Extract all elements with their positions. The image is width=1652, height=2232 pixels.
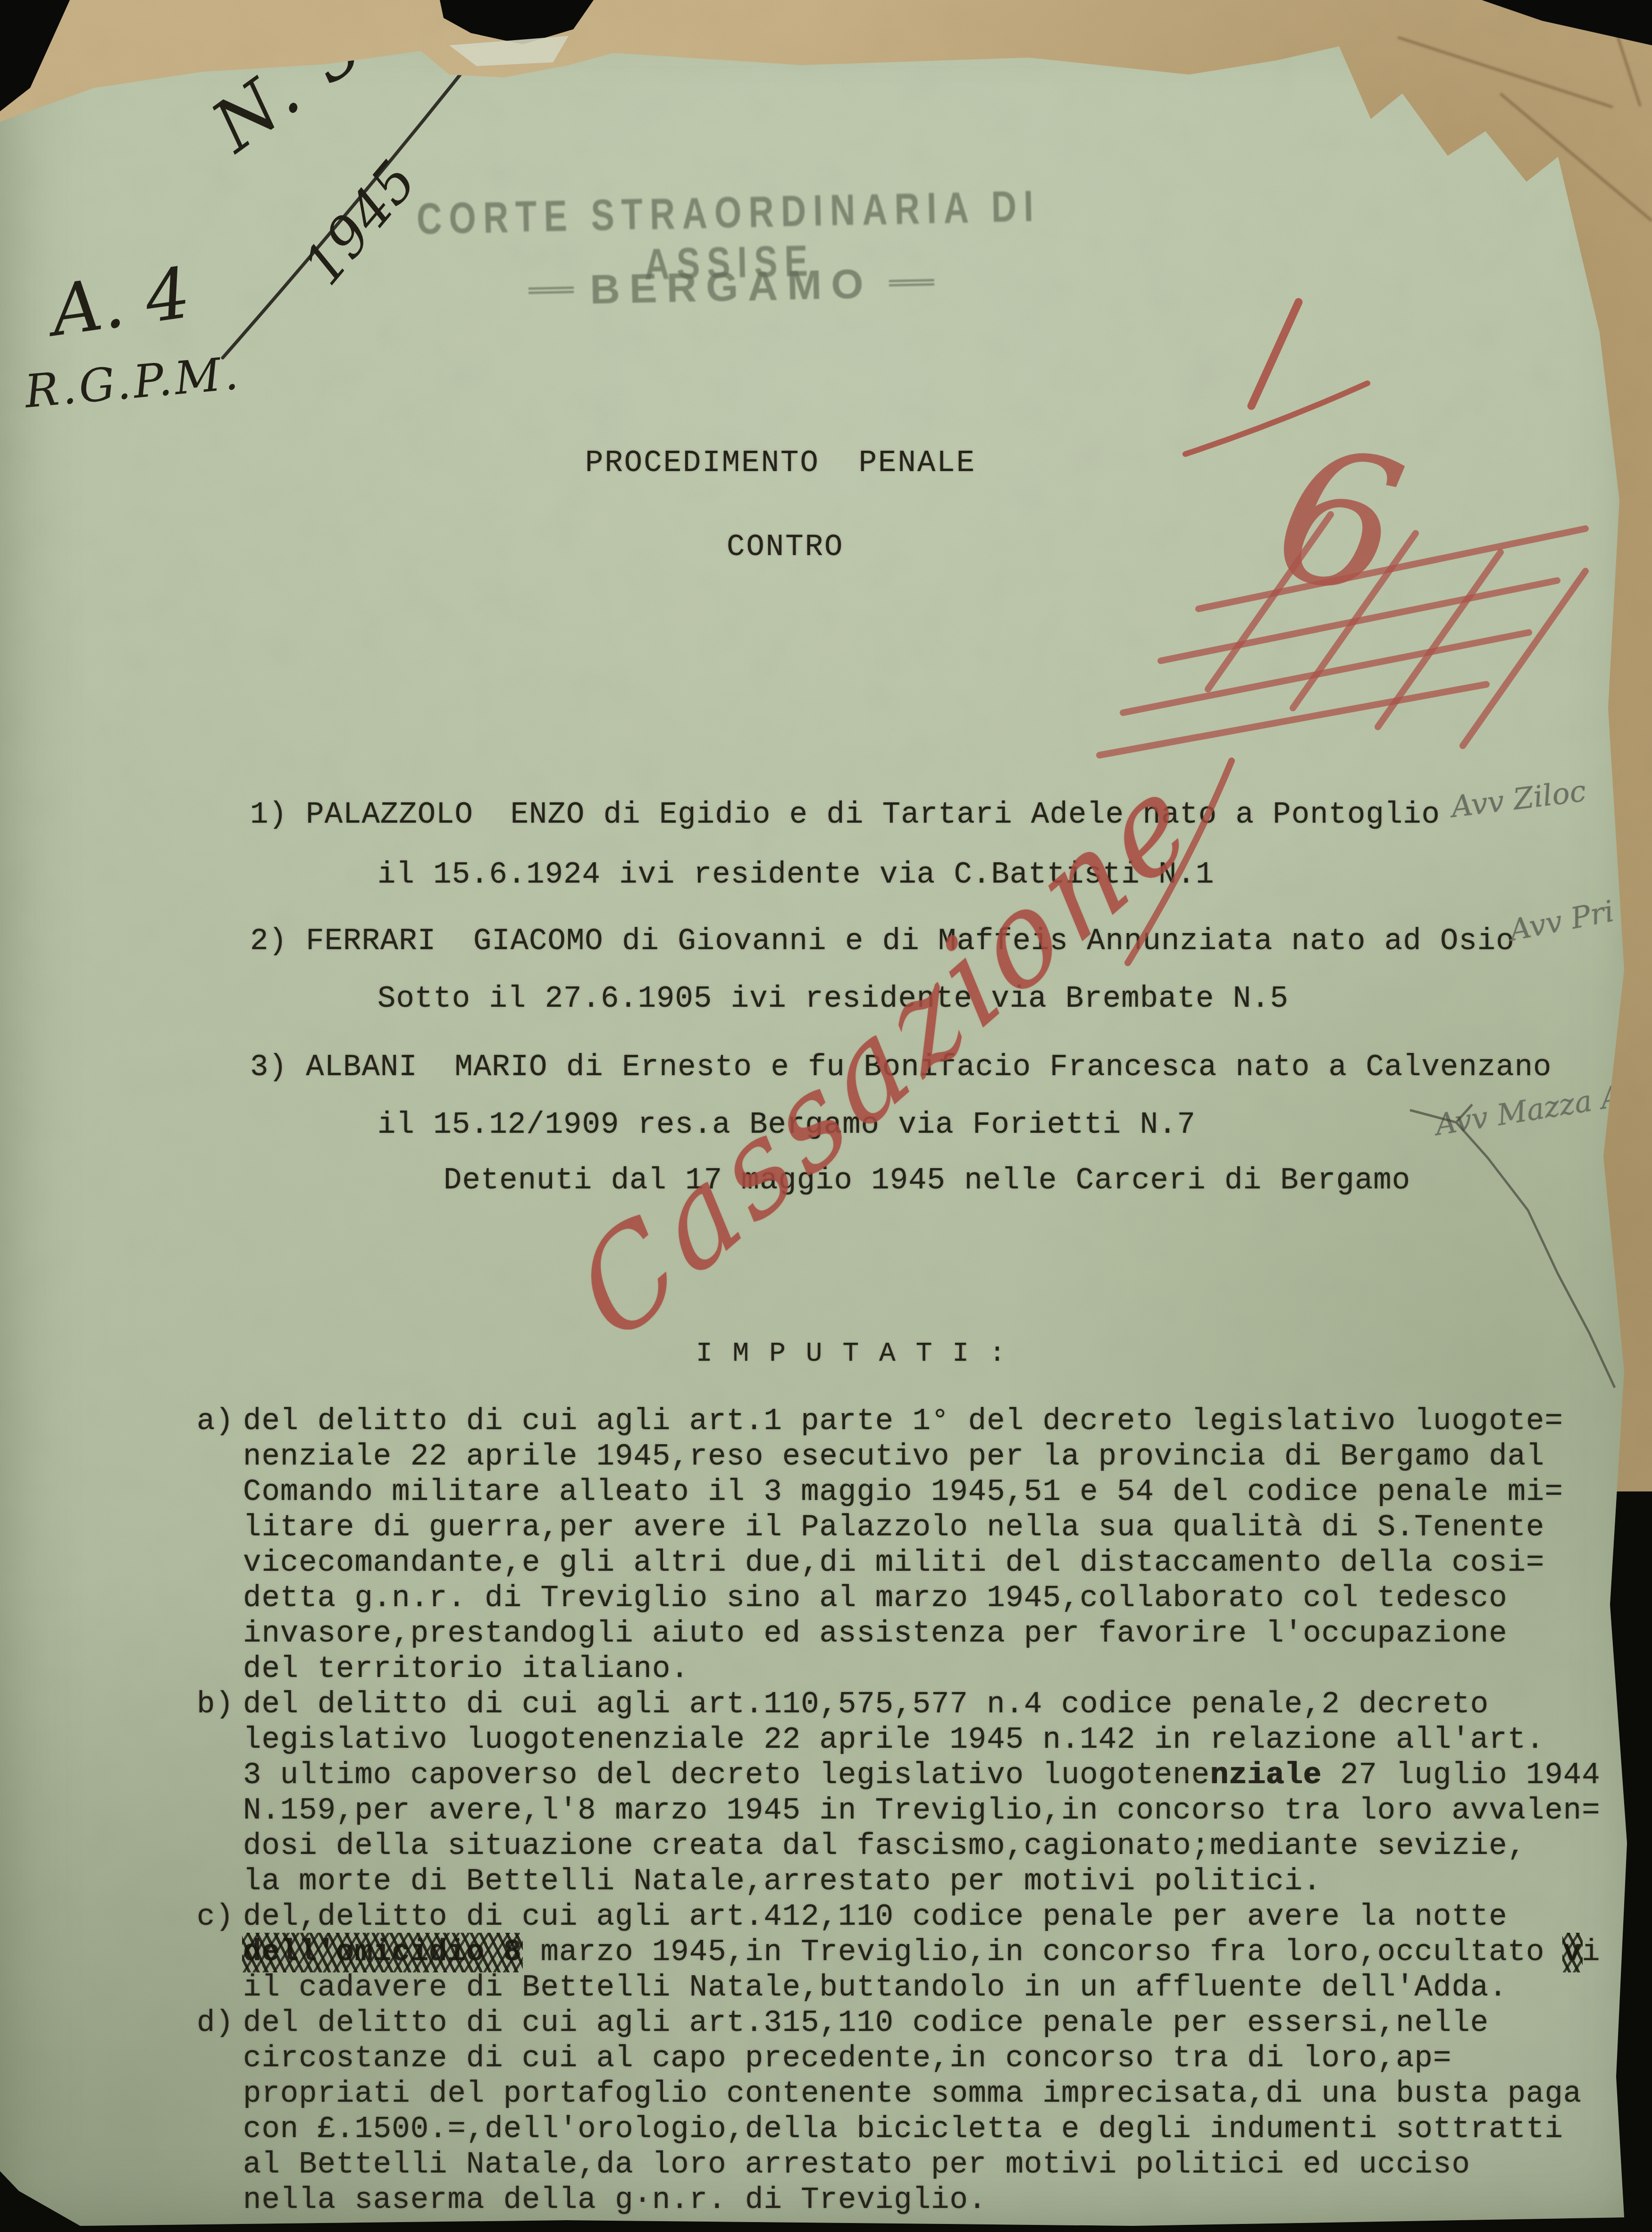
charge-line: d)del delitto di cui agli art.315,110 co… xyxy=(243,2008,1489,2038)
defendant-line: 2) FERRARI GIACOMO di Giovanni e di Maff… xyxy=(250,926,1515,957)
court-stamp-city: BERGAMO xyxy=(589,260,873,314)
charge-line: b)del delitto di cui agli art.110,575,57… xyxy=(243,1690,1489,1720)
charge-line: 3 ultimo capoverso del decreto legislati… xyxy=(243,1760,1601,1791)
charge-text: i xyxy=(1582,1936,1600,1970)
charge-line: la morte di Bettelli Natale,arrestato pe… xyxy=(243,1867,1322,1897)
document-title: PROCEDIMENTO PENALE xyxy=(585,448,976,479)
charge-text: del territorio italiano. xyxy=(243,1652,689,1686)
overtyped-text: nziale xyxy=(1210,1759,1321,1793)
charge-text: propriati del portafoglio contenente som… xyxy=(243,2077,1582,2111)
charge-text: litare di guerra,per avere il Palazzolo … xyxy=(243,1511,1544,1545)
charge-text: al Bettelli Natale,da loro arrestato per… xyxy=(243,2148,1470,2182)
charge-text: la morte di Bettelli Natale,arrestato pe… xyxy=(243,1865,1322,1899)
charge-text: marzo 1945,in Treviglio,in concorso fra … xyxy=(522,1936,1563,1970)
charge-text: 3 ultimo capoverso del decreto legislati… xyxy=(243,1759,1210,1793)
charge-line: litare di guerra,per avere il Palazzolo … xyxy=(243,1513,1544,1543)
charge-text: il cadavere di Bettelli Natale,buttandol… xyxy=(243,1971,1508,2005)
charge-text: Comando militare alleato il 3 maggio 194… xyxy=(243,1475,1563,1509)
charge-line: N.159,per avere,l'8 marzo 1945 in Trevig… xyxy=(243,1796,1601,1826)
charge-text: N.159,per avere,l'8 marzo 1945 in Trevig… xyxy=(243,1794,1601,1828)
charge-line: propriati del portafoglio contenente som… xyxy=(243,2079,1582,2109)
charges-heading: I M P U T A T I : xyxy=(696,1340,1007,1368)
charge-line: al Bettelli Natale,da loro arrestato per… xyxy=(243,2150,1470,2180)
charge-line: invasore,prestandogli aiuto ed assistenz… xyxy=(243,1619,1508,1649)
charge-label: c) xyxy=(197,1902,234,1932)
charge-line: dosi della situazione creata dal fascism… xyxy=(243,1831,1526,1861)
charge-text: detta g.n.r. di Treviglio sino al marzo … xyxy=(243,1582,1508,1616)
cover-page: CORTE STRAORDINARIA DI ASSISE BERGAMO N.… xyxy=(0,0,1652,2232)
charge-text: legislativo luogotenenziale 22 aprile 19… xyxy=(243,1723,1544,1757)
charge-line: Comando militare alleato il 3 maggio 194… xyxy=(243,1477,1563,1508)
document-subtitle: CONTRO xyxy=(727,532,844,563)
charge-text: nella saserma della g·n.r. di Treviglio. xyxy=(243,2183,987,2217)
charge-text: circostanze di cui al capo precedente,in… xyxy=(243,2042,1451,2076)
charge-label: d) xyxy=(197,2008,234,2038)
charge-text: del delitto di cui agli art.315,110 codi… xyxy=(243,2006,1489,2040)
charge-label: b) xyxy=(197,1690,234,1720)
charge-text: invasore,prestandogli aiuto ed assistenz… xyxy=(243,1617,1508,1651)
charge-line: circostanze di cui al capo precedente,in… xyxy=(243,2044,1451,2074)
struck-text: v xyxy=(1563,1936,1582,1970)
charge-line: vicecomandante,e gli altri due,di militi… xyxy=(243,1548,1544,1578)
court-stamp-line2: BERGAMO xyxy=(528,258,935,315)
document-scan: CORTE STRAORDINARIA DI ASSISE BERGAMO N.… xyxy=(0,0,1652,2232)
charge-text: del delitto di cui agli art.110,575,577 … xyxy=(243,1688,1489,1722)
charge-line: nenziale 22 aprile 1945,reso esecutivo p… xyxy=(243,1442,1544,1472)
charge-line: dell'omicidio 8 marzo 1945,in Treviglio,… xyxy=(243,1937,1601,1968)
charge-text: dosi della situazione creata dal fascism… xyxy=(243,1829,1526,1863)
charge-line: il cadavere di Bettelli Natale,buttandol… xyxy=(243,1973,1508,2003)
defendant-line: 1) PALAZZOLO ENZO di Egidio e di Tartari… xyxy=(250,800,1440,830)
charge-line: a)del delitto di cui agli art.1 parte 1°… xyxy=(243,1407,1563,1437)
charge-line: c)del,delitto di cui agli art.412,110 co… xyxy=(243,1902,1508,1932)
charge-line: nella saserma della g·n.r. di Treviglio. xyxy=(243,2185,987,2215)
stamp-rule-icon xyxy=(889,279,934,286)
struck-text: dell'omicidio 8 xyxy=(243,1936,522,1970)
charge-text: del delitto di cui agli art.1 parte 1° d… xyxy=(243,1405,1563,1439)
charge-line: legislativo luogotenenziale 22 aprile 19… xyxy=(243,1725,1544,1755)
detention-note: Detenuti dal 17 maggio 1945 nelle Carcer… xyxy=(444,1166,1410,1196)
charge-text: nenziale 22 aprile 1945,reso esecutivo p… xyxy=(243,1440,1544,1474)
charge-line: detta g.n.r. di Treviglio sino al marzo … xyxy=(243,1583,1508,1614)
charge-text: del,delitto di cui agli art.412,110 codi… xyxy=(243,1900,1508,1934)
charge-text: 27 luglio 1944 xyxy=(1322,1759,1601,1793)
charge-text: con £.1500.=,dell'orologio,della bicicle… xyxy=(243,2113,1563,2147)
registry-note-line1: A. 4 xyxy=(47,258,194,346)
charge-label: a) xyxy=(197,1407,234,1437)
charge-text: vicecomandante,e gli altri due,di militi… xyxy=(243,1546,1544,1580)
charge-line: del territorio italiano. xyxy=(243,1654,689,1685)
charge-line: con £.1500.=,dell'orologio,della bicicle… xyxy=(243,2114,1563,2145)
stamp-rule-icon xyxy=(528,286,574,294)
